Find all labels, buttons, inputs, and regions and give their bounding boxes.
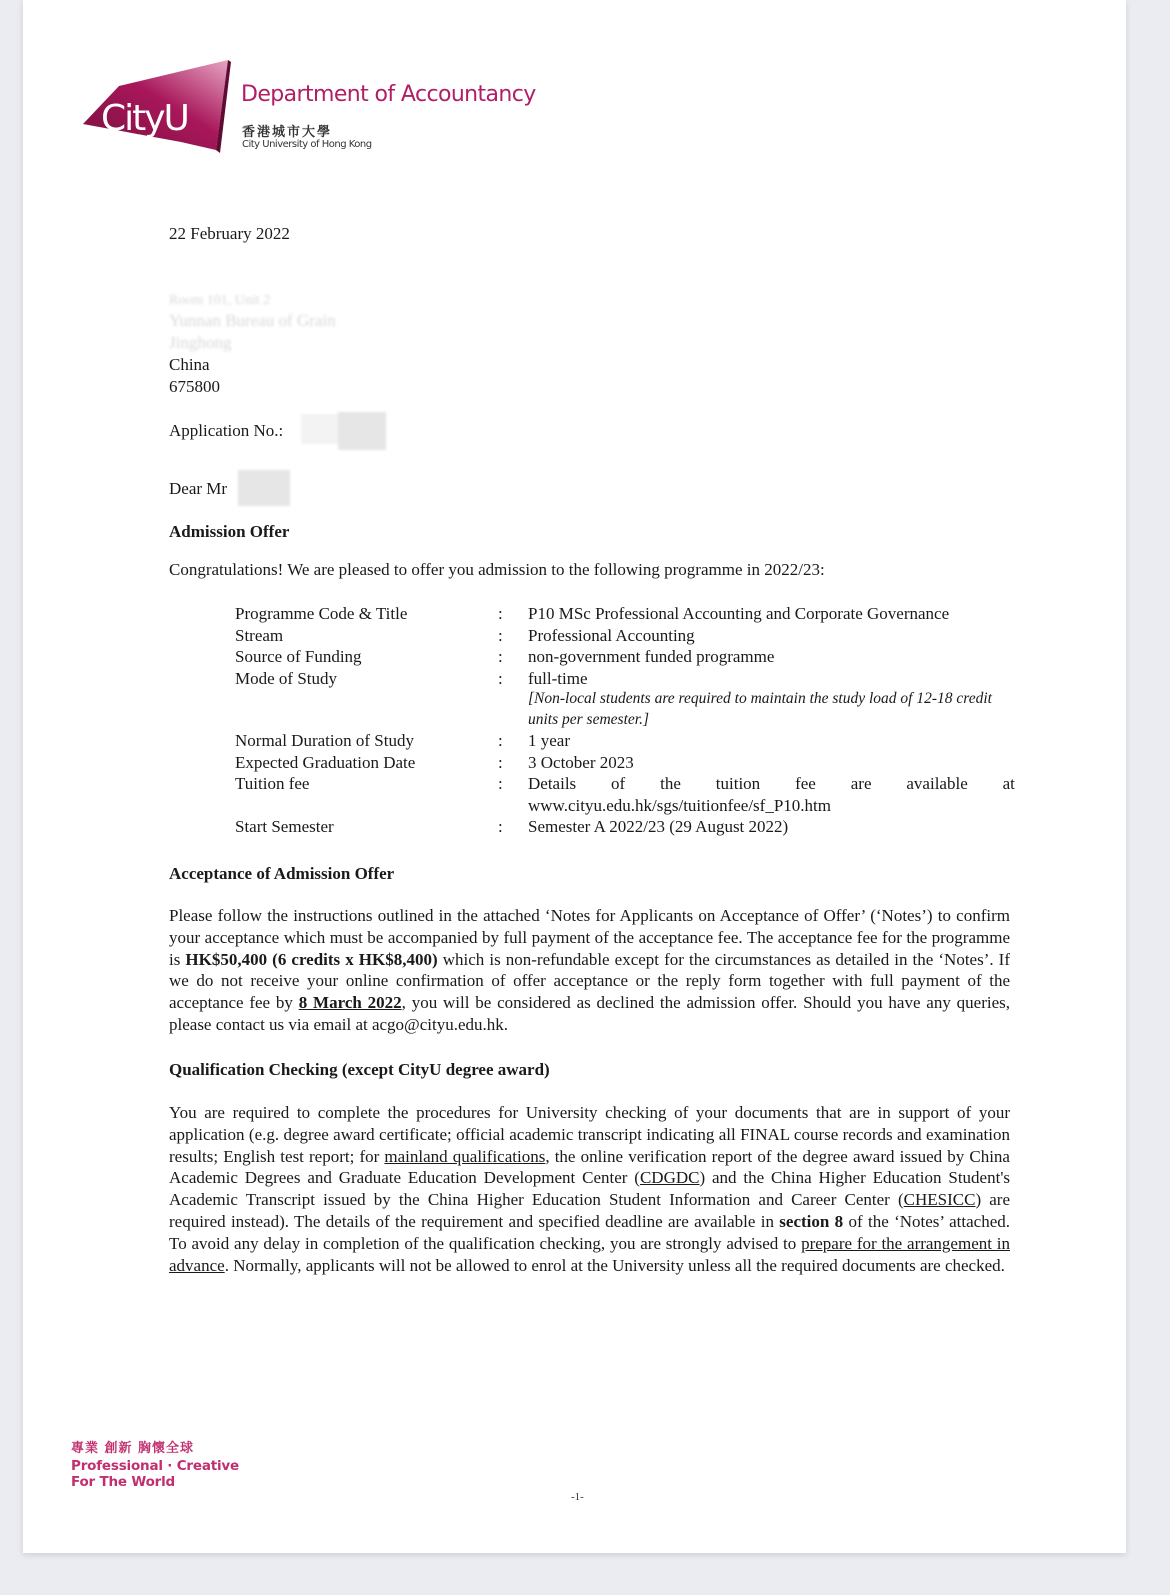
salutation: Dear Mr bbox=[169, 478, 227, 500]
university-motto: 專業 創新 胸懷全球 Professional · Creative For T… bbox=[71, 1440, 239, 1490]
detail-label: Mode of Study bbox=[235, 668, 498, 731]
acceptance-paragraph: Please follow the instructions outlined … bbox=[169, 905, 1010, 1036]
letter-date: 22 February 2022 bbox=[169, 223, 290, 245]
detail-value: non-government funded programme bbox=[528, 646, 1015, 668]
university-name-english: City University of Hong Kong bbox=[242, 139, 372, 150]
detail-row-graduation: Expected Graduation Date : 3 October 202… bbox=[235, 752, 1015, 774]
address-line-1-redacted: Room 101, Unit 2 bbox=[169, 290, 270, 312]
detail-row-tuition: Tuition fee : Detailsofthetuitionfeearea… bbox=[235, 773, 1015, 816]
address-country: China bbox=[169, 354, 210, 376]
university-name-chinese: 香港城市大學 bbox=[242, 121, 332, 140]
detail-label: Tuition fee bbox=[235, 773, 498, 816]
motto-english-line-1: Professional · Creative bbox=[71, 1458, 239, 1474]
admission-offer-intro: Congratulations! We are pleased to offer… bbox=[169, 559, 825, 581]
chesicc-link[interactable]: CHESICC bbox=[904, 1190, 976, 1209]
detail-row-mode: Mode of Study : full-time [Non-local stu… bbox=[235, 668, 1015, 731]
mainland-qualifications-link[interactable]: mainland qualifications bbox=[384, 1147, 545, 1166]
cdgdc-link[interactable]: CDGDC bbox=[640, 1168, 700, 1187]
detail-label: Programme Code & Title bbox=[235, 603, 498, 625]
acceptance-heading: Acceptance of Admission Offer bbox=[169, 863, 394, 885]
detail-label: Normal Duration of Study bbox=[235, 730, 498, 752]
qualification-paragraph: You are required to complete the procedu… bbox=[169, 1102, 1010, 1276]
tuition-fee-link[interactable]: www.cityu.edu.hk/sgs/tuitionfee/sf_P10.h… bbox=[528, 795, 1015, 817]
detail-row-start-semester: Start Semester : Semester A 2022/23 (29 … bbox=[235, 816, 1015, 838]
address-line-2-redacted: Yunnan Bureau of Grain bbox=[169, 310, 336, 332]
page-number: -1- bbox=[571, 1491, 584, 1503]
department-title: Department of Accountancy bbox=[241, 82, 536, 107]
cityu-logo-icon: CityU bbox=[81, 58, 231, 153]
recipient-name-redacted bbox=[238, 470, 290, 506]
detail-value: Semester A 2022/23 (29 August 2022) bbox=[528, 816, 1015, 838]
svg-text:CityU: CityU bbox=[101, 98, 188, 139]
detail-value: 1 year bbox=[528, 730, 1015, 752]
detail-row-stream: Stream : Professional Accounting bbox=[235, 625, 1015, 647]
detail-label: Stream bbox=[235, 625, 498, 647]
cityu-logo: CityU bbox=[81, 58, 231, 153]
detail-value: full-time bbox=[528, 668, 1015, 690]
address-postcode: 675800 bbox=[169, 376, 220, 398]
study-load-note: [Non-local students are required to main… bbox=[528, 689, 1008, 730]
motto-english-line-2: For The World bbox=[71, 1474, 239, 1490]
application-number-redacted bbox=[301, 414, 341, 444]
acceptance-fee: HK$50,400 (6 credits x HK$8,400) bbox=[185, 950, 437, 969]
detail-label: Expected Graduation Date bbox=[235, 752, 498, 774]
detail-row-programme: Programme Code & Title : P10 MSc Profess… bbox=[235, 603, 1015, 625]
detail-row-duration: Normal Duration of Study : 1 year bbox=[235, 730, 1015, 752]
tuition-fee-text: Detailsofthetuitionfeeareavailableat bbox=[528, 773, 1015, 795]
application-number-label: Application No.: bbox=[169, 420, 283, 442]
acceptance-deadline: 8 March 2022 bbox=[299, 993, 402, 1012]
detail-value: P10 MSc Professional Accounting and Corp… bbox=[528, 603, 1015, 625]
detail-row-funding: Source of Funding : non-government funde… bbox=[235, 646, 1015, 668]
qualification-heading: Qualification Checking (except CityU deg… bbox=[169, 1059, 550, 1081]
admission-offer-heading: Admission Offer bbox=[169, 521, 289, 543]
application-number-redaction-box bbox=[338, 412, 386, 450]
address-line-3-redacted: Jinghong bbox=[169, 332, 231, 354]
detail-label: Source of Funding bbox=[235, 646, 498, 668]
detail-label: Start Semester bbox=[235, 816, 498, 838]
section-8-reference: section 8 bbox=[779, 1212, 843, 1231]
detail-value: 3 October 2023 bbox=[528, 752, 1015, 774]
detail-value: Professional Accounting bbox=[528, 625, 1015, 647]
programme-details-table: Programme Code & Title : P10 MSc Profess… bbox=[235, 603, 1015, 838]
letter-page: CityU Department of Accountancy 香港城市大學 C… bbox=[23, 0, 1126, 1553]
motto-chinese: 專業 創新 胸懷全球 bbox=[71, 1440, 239, 1458]
